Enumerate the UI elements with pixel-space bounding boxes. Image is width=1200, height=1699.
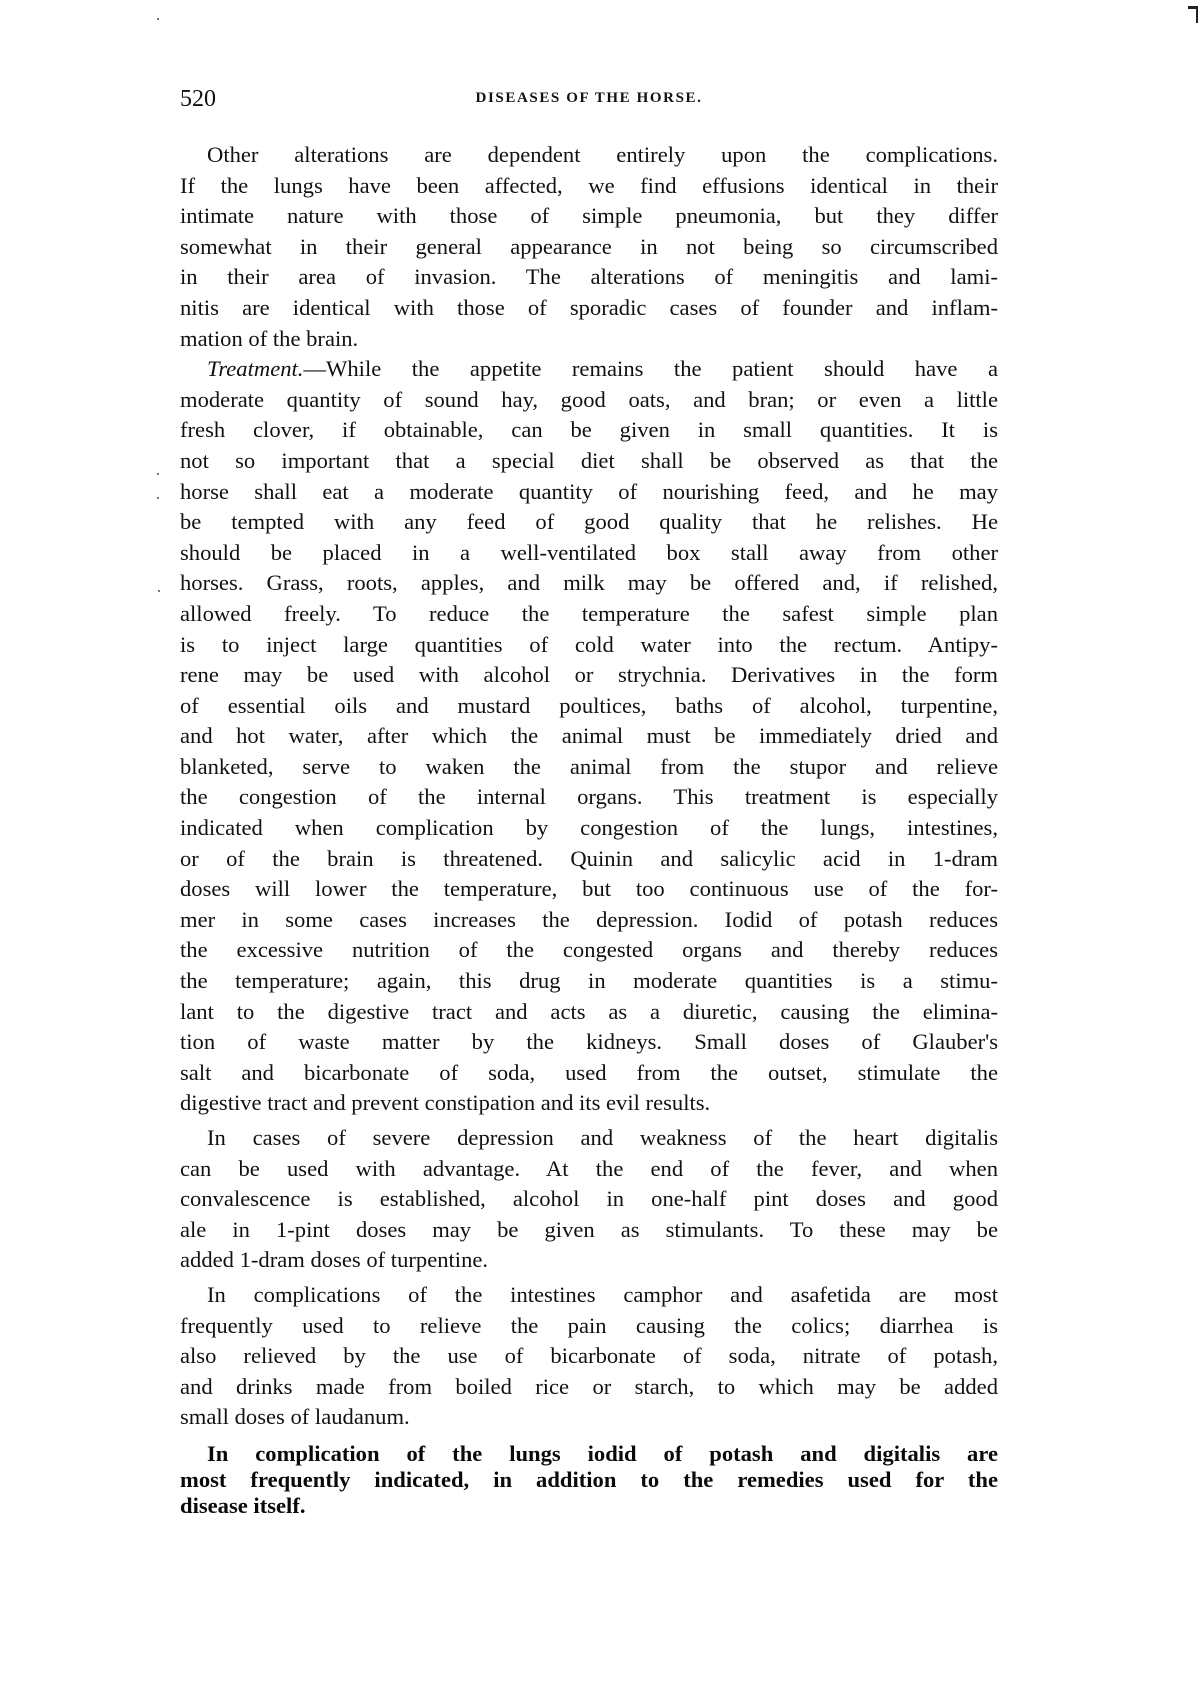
scan-corner-mark (1188, 6, 1198, 9)
text-line: If the lungs have been affected, we find… (180, 171, 998, 202)
text-line: the temperature; again, this drug in mod… (180, 966, 998, 997)
text-line-rest: —While the appetite remains the patient … (303, 356, 998, 381)
text-line: mer in some cases increases the depressi… (180, 905, 998, 936)
text-line: also relieved by the use of bicarbonate … (180, 1341, 998, 1372)
scan-speck (157, 473, 159, 475)
text-line: ale in 1-pint doses may be given as stim… (180, 1215, 998, 1246)
text-line: disease itself. (180, 1493, 998, 1519)
text-line: Treatment.—While the appetite remains th… (180, 354, 998, 385)
text-line: the excessive nutrition of the congested… (180, 935, 998, 966)
scan-speck (157, 18, 159, 20)
text-line: or of the brain is threatened. Quinin an… (180, 844, 998, 875)
text-line: rene may be used with alcohol or strychn… (180, 660, 998, 691)
section-lead-treatment: Treatment. (207, 356, 303, 381)
text-line: doses will lower the temperature, but to… (180, 874, 998, 905)
text-line: horse shall eat a moderate quantity of n… (180, 477, 998, 508)
paragraph-lung-complications: In complication of the lungs iodid of po… (180, 1441, 998, 1519)
text-line: Other alterations are dependent entirely… (180, 140, 998, 171)
text-line: small doses of laudanum. (180, 1402, 998, 1433)
text-line: mation of the brain. (180, 324, 998, 355)
text-line: horses. Grass, roots, apples, and milk m… (180, 568, 998, 599)
text-line: blanketed, serve to waken the animal fro… (180, 752, 998, 783)
paragraph-intestine-complications: In complications of the intestines camph… (180, 1280, 998, 1433)
text-line: intimate nature with those of simple pne… (180, 201, 998, 232)
text-line: the congestion of the internal organs. T… (180, 782, 998, 813)
text-line: fresh clover, if obtainable, can be give… (180, 415, 998, 446)
paragraph-treatment: Treatment.—While the appetite remains th… (180, 354, 998, 1119)
text-line: be tempted with any feed of good quality… (180, 507, 998, 538)
text-line: salt and bicarbonate of soda, used from … (180, 1058, 998, 1089)
text-line: somewhat in their general appearance in … (180, 232, 998, 263)
text-line: lant to the digestive tract and acts as … (180, 997, 998, 1028)
text-line: tion of waste matter by the kidneys. Sma… (180, 1027, 998, 1058)
text-line: In complication of the lungs iodid of po… (180, 1441, 998, 1467)
text-line: can be used with advantage. At the end o… (180, 1154, 998, 1185)
scan-speck (158, 590, 160, 592)
text-line: in their area of invasion. The alteratio… (180, 262, 998, 293)
text-line: In complications of the intestines camph… (180, 1280, 998, 1311)
scan-speck (157, 497, 159, 499)
running-head: 520 DISEASES OF THE HORSE. (180, 78, 998, 118)
text-line: and drinks made from boiled rice or star… (180, 1372, 998, 1403)
text-line: added 1-dram doses of turpentine. (180, 1245, 998, 1276)
text-line: and hot water, after which the animal mu… (180, 721, 998, 752)
text-line: most frequently indicated, in addition t… (180, 1467, 998, 1493)
text-line: of essential oils and mustard poultices,… (180, 691, 998, 722)
book-page: 520 DISEASES OF THE HORSE. Other alterat… (180, 78, 998, 1519)
running-title: DISEASES OF THE HORSE. (180, 90, 998, 107)
text-line: frequently used to relieve the pain caus… (180, 1311, 998, 1342)
text-line: allowed freely. To reduce the temperatur… (180, 599, 998, 630)
paragraph-heart-depression: In cases of severe depression and weakne… (180, 1123, 998, 1276)
paragraph-alterations: Other alterations are dependent entirely… (180, 140, 998, 354)
text-line: convalescence is established, alcohol in… (180, 1184, 998, 1215)
text-line: should be placed in a well-ventilated bo… (180, 538, 998, 569)
text-line: not so important that a special diet sha… (180, 446, 998, 477)
body-text: Other alterations are dependent entirely… (180, 140, 998, 1519)
text-line: digestive tract and prevent constipation… (180, 1088, 998, 1119)
text-line: is to inject large quantities of cold wa… (180, 630, 998, 661)
text-line: nitis are identical with those of sporad… (180, 293, 998, 324)
text-line: indicated when complication by congestio… (180, 813, 998, 844)
text-line: moderate quantity of sound hay, good oat… (180, 385, 998, 416)
text-line: In cases of severe depression and weakne… (180, 1123, 998, 1154)
